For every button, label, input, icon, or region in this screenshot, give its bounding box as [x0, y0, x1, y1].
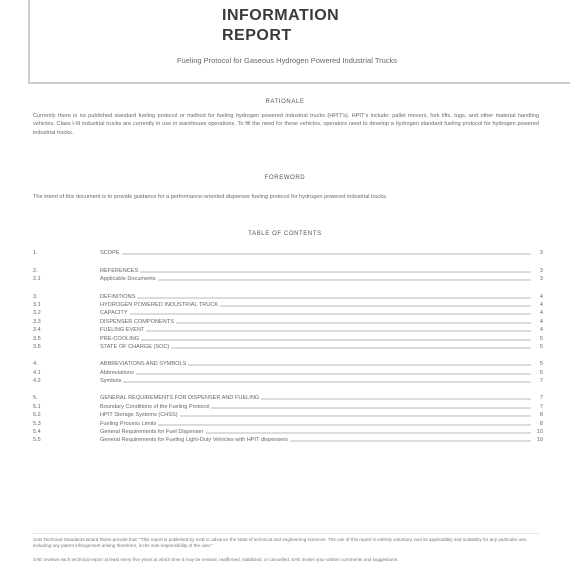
- toc-section-number: 3.: [33, 294, 100, 300]
- toc-entry[interactable]: 5.5General Requirements for Fueling Ligh…: [33, 435, 543, 443]
- toc-dot-leader: [146, 330, 531, 332]
- toc-entry[interactable]: 5.1Boundary Conditions of the Fueling Pr…: [33, 401, 543, 409]
- toc-section-title: REFERENCES: [100, 268, 140, 274]
- toc-dot-leader: [158, 424, 531, 426]
- title-block: TECHNICAL INFORMATION REPORT Fueling Pro…: [28, 0, 570, 84]
- toc-section-number: 3.6: [33, 344, 100, 350]
- toc-dot-leader: [122, 253, 531, 255]
- toc-section-title: ABBREVIATIONS AND SYMBOLS: [100, 361, 188, 367]
- toc-page-number: 8: [531, 412, 543, 418]
- toc-dot-leader: [176, 322, 531, 324]
- toc-entry[interactable]: 5.3Fueling Process Limits8: [33, 418, 543, 426]
- toc-dot-leader: [211, 407, 531, 409]
- foreword-heading: FOREWORD: [0, 175, 570, 181]
- toc-section-number: 3.2: [33, 310, 100, 316]
- toc-page-number: 5: [531, 370, 543, 376]
- toc-dot-leader: [137, 297, 531, 299]
- toc-entry[interactable]: 2.1Applicable Documents3: [33, 274, 543, 282]
- toc-section-number: 5.3: [33, 421, 100, 427]
- toc-page-number: 4: [531, 294, 543, 300]
- footer-divider: [33, 533, 539, 534]
- toc-entry[interactable]: 3.1HYDROGEN POWERED INDUSTRIAL TRUCK4: [33, 300, 543, 308]
- toc-dot-leader: [220, 305, 531, 307]
- rationale-heading: RATIONALE: [0, 99, 570, 105]
- toc-entry[interactable]: 3.2CAPACITY4: [33, 308, 543, 316]
- toc-page-number: 5: [531, 336, 543, 342]
- rationale-body: Currently there is no published standard…: [33, 112, 539, 137]
- toc-page-number: 7: [531, 404, 543, 410]
- toc-dot-leader: [206, 432, 531, 434]
- toc-section-number: 2.1: [33, 276, 100, 282]
- toc-section-title: DEFINITIONS: [100, 294, 137, 300]
- toc-section-title: SCOPE: [100, 250, 122, 256]
- toc-section-title: Applicable Documents: [100, 276, 158, 282]
- toc-section-number: 4.2: [33, 378, 100, 384]
- toc-page-number: 4: [531, 302, 543, 308]
- toc-entry[interactable]: 4.2Symbols7: [33, 376, 543, 384]
- toc-page-number: 4: [531, 310, 543, 316]
- toc-page-number: 3: [531, 268, 543, 274]
- toc-section-title: FUELING EVENT: [100, 327, 146, 333]
- toc-entry[interactable]: 5.2HPIT Storage Systems (CHSS)8: [33, 410, 543, 418]
- toc-dot-leader: [290, 440, 531, 442]
- toc-dot-leader: [180, 415, 531, 417]
- toc-section-number: 1.: [33, 250, 100, 256]
- toc-section-number: 3.3: [33, 319, 100, 325]
- toc-section-number: 3.1: [33, 302, 100, 308]
- toc-entry[interactable]: 3.4FUELING EVENT4: [33, 325, 543, 333]
- toc-section-title: Fueling Process Limits: [100, 421, 158, 427]
- toc-section-number: 2.: [33, 268, 100, 274]
- toc-dot-leader: [123, 381, 531, 383]
- title-line-3: REPORT: [222, 26, 339, 46]
- toc-entry[interactable]: 1.SCOPE3: [33, 248, 543, 256]
- toc-section-number: 5.2: [33, 412, 100, 418]
- toc-dot-leader: [188, 364, 531, 366]
- toc-page-number: 4: [531, 327, 543, 333]
- toc-dot-leader: [140, 271, 531, 273]
- toc-section-title: HYDROGEN POWERED INDUSTRIAL TRUCK: [100, 302, 220, 308]
- toc-entry[interactable]: 3.DEFINITIONS4: [33, 291, 543, 299]
- toc-entry[interactable]: 5.4General Requirements for Fuel Dispens…: [33, 427, 543, 435]
- toc-entry[interactable]: 4.1Abbreviations5: [33, 367, 543, 375]
- toc-section-number: 4.: [33, 361, 100, 367]
- toc-section-title: Abbreviations: [100, 370, 136, 376]
- toc-section-title: PRE-COOLING: [100, 336, 141, 342]
- toc-page-number: 3: [531, 250, 543, 256]
- toc-page-number: 7: [531, 395, 543, 401]
- title-line-2: INFORMATION: [222, 6, 339, 26]
- toc-dot-leader: [136, 373, 531, 375]
- toc-section-number: 5.: [33, 395, 100, 401]
- table-of-contents: 1.SCOPE32.REFERENCES32.1Applicable Docum…: [33, 248, 543, 443]
- toc-section-title: Symbols: [100, 378, 123, 384]
- toc-entry[interactable]: 5.GENERAL REQUIREMENTS FOR DISPENSER AND…: [33, 393, 543, 401]
- toc-section-number: 5.1: [33, 404, 100, 410]
- toc-section-title: GENERAL REQUIREMENTS FOR DISPENSER AND F…: [100, 395, 261, 401]
- toc-entry[interactable]: 3.5PRE-COOLING5: [33, 333, 543, 341]
- toc-page-number: 7: [531, 378, 543, 384]
- toc-heading: TABLE OF CONTENTS: [0, 231, 570, 237]
- toc-page-number: 10: [531, 437, 543, 443]
- toc-section-number: 5.4: [33, 429, 100, 435]
- footnote-review: SAE reviews each technical report at lea…: [33, 557, 539, 563]
- toc-section-number: 3.4: [33, 327, 100, 333]
- toc-section-title: General Requirements for Fueling Light-D…: [100, 437, 290, 443]
- toc-section-title: General Requirements for Fuel Dispenser: [100, 429, 206, 435]
- toc-page-number: 5: [531, 344, 543, 350]
- footnote-tsb-rules: SAE Technical Standards Board Rules prov…: [33, 537, 539, 549]
- toc-section-number: 5.5: [33, 437, 100, 443]
- report-type-title: TECHNICAL INFORMATION REPORT: [222, 0, 339, 46]
- toc-section-number: 4.1: [33, 370, 100, 376]
- document-subtitle: Fueling Protocol for Gaseous Hydrogen Po…: [2, 56, 570, 65]
- toc-entry[interactable]: 2.REFERENCES3: [33, 265, 543, 273]
- toc-section-title: DISPENSER COMPONENTS: [100, 319, 176, 325]
- toc-page-number: 3: [531, 276, 543, 282]
- toc-section-title: Boundary Conditions of the Fueling Proto…: [100, 404, 211, 410]
- toc-dot-leader: [158, 279, 531, 281]
- toc-section-number: 3.5: [33, 336, 100, 342]
- toc-entry[interactable]: 3.6STATE OF CHARGE (SOC)5: [33, 342, 543, 350]
- foreword-body: The intent of this document is to provid…: [33, 193, 539, 201]
- toc-section-title: STATE OF CHARGE (SOC): [100, 344, 171, 350]
- toc-section-title: CAPACITY: [100, 310, 130, 316]
- toc-page-number: 8: [531, 421, 543, 427]
- toc-page-number: 10: [531, 429, 543, 435]
- toc-dot-leader: [141, 339, 531, 341]
- toc-page-number: 5: [531, 361, 543, 367]
- toc-entry[interactable]: 4.ABBREVIATIONS AND SYMBOLS5: [33, 359, 543, 367]
- toc-dot-leader: [261, 398, 531, 400]
- toc-page-number: 4: [531, 319, 543, 325]
- toc-entry[interactable]: 3.3DISPENSER COMPONENTS4: [33, 316, 543, 324]
- toc-section-title: HPIT Storage Systems (CHSS): [100, 412, 180, 418]
- toc-dot-leader: [171, 347, 531, 349]
- toc-dot-leader: [130, 313, 531, 315]
